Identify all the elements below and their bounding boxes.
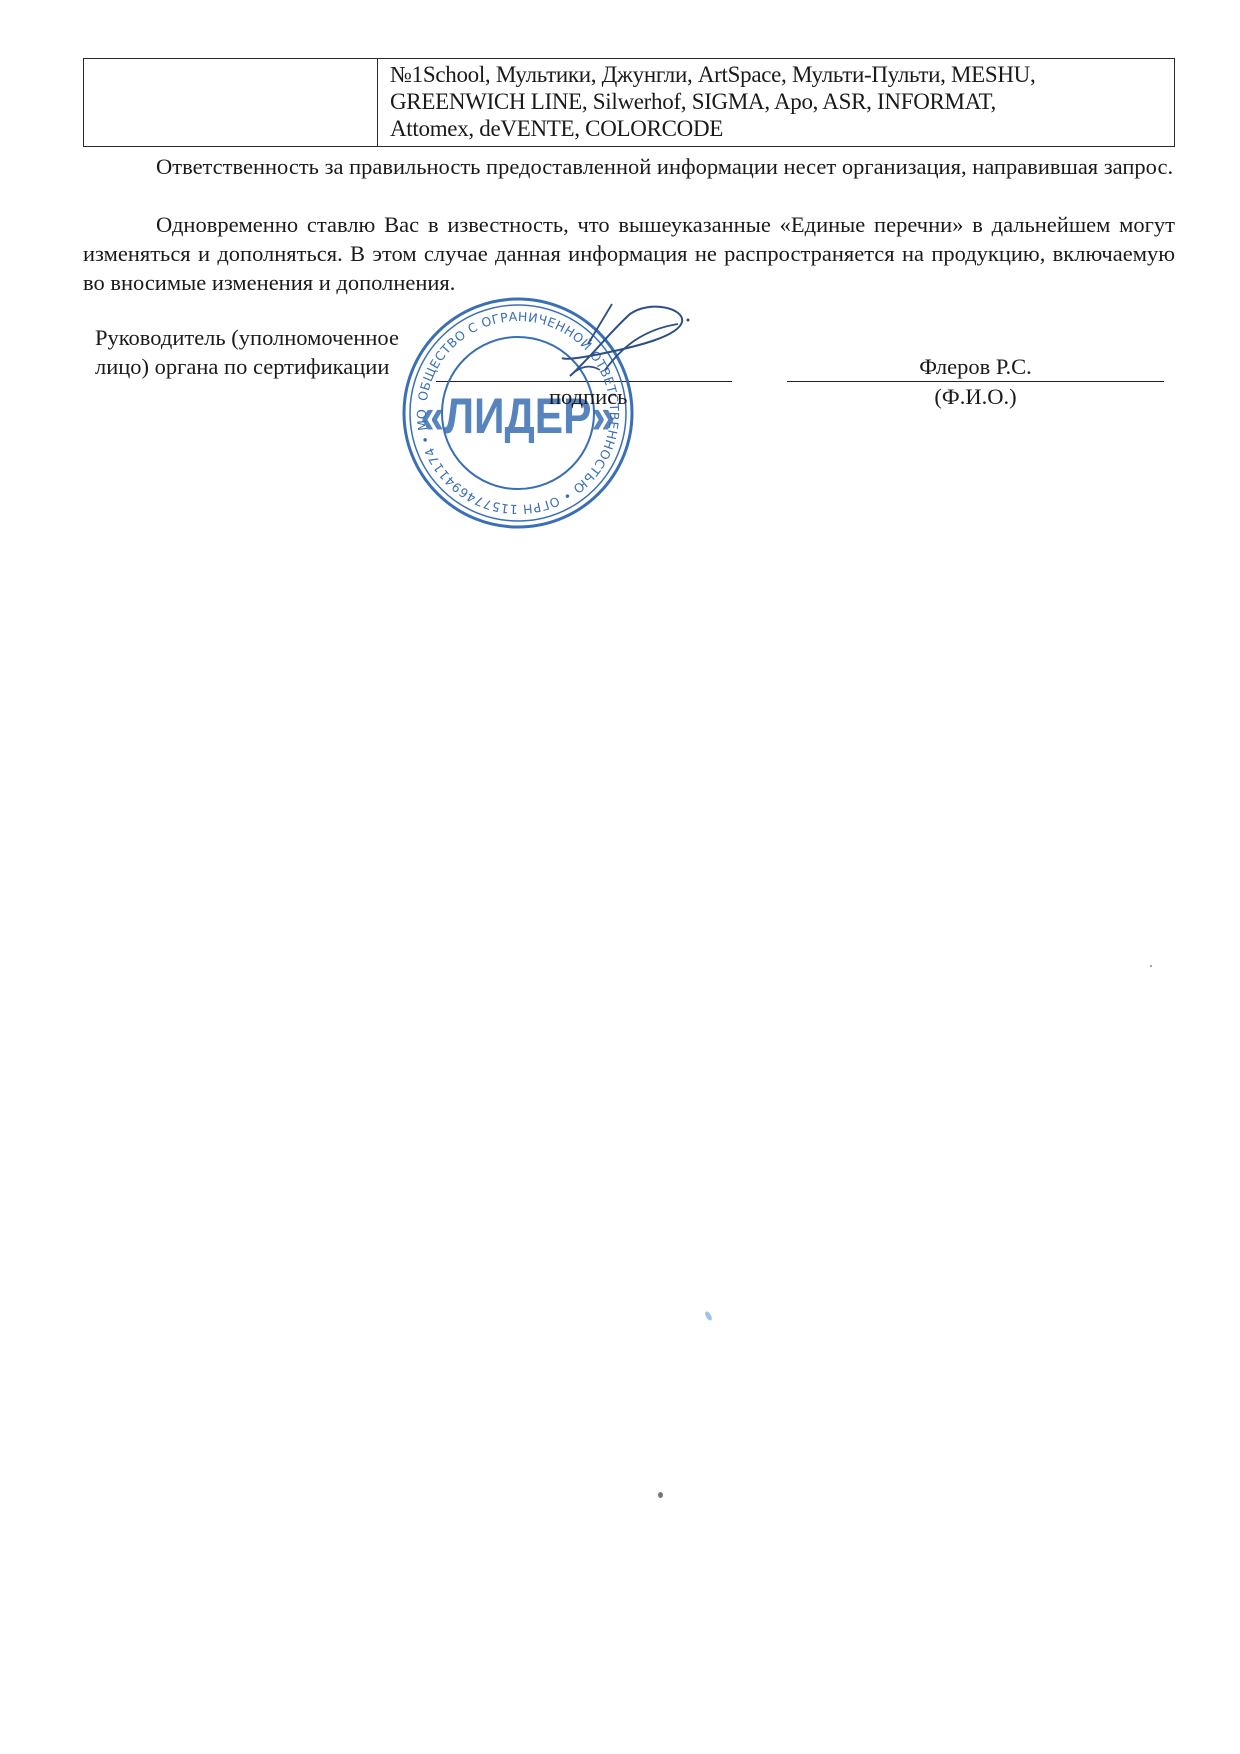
name-caption: (Ф.И.О.) <box>787 383 1164 410</box>
notice-paragraph: Одновременно ставлю Вас в известность, ч… <box>83 210 1175 297</box>
document-page: №1School, Мультики, Джунгли, ArtSpace, М… <box>0 0 1240 1754</box>
scan-artifact <box>658 1492 663 1498</box>
signatory-name: Флеров Р.С. <box>787 353 1164 380</box>
table-right-cell: №1School, Мультики, Джунгли, ArtSpace, М… <box>378 59 1174 146</box>
brands-line: GREENWICH LINE, Silwerhof, SIGMA, Apo, A… <box>390 88 1174 115</box>
handwritten-signature-icon <box>560 300 700 390</box>
role-line: Руководитель (уполномоченное <box>95 323 399 352</box>
brands-line: №1School, Мультики, Джунгли, ArtSpace, М… <box>390 61 1174 88</box>
scan-artifact <box>1150 965 1152 967</box>
name-line <box>787 381 1164 382</box>
table-left-cell <box>84 59 378 146</box>
brands-line: Attomex, deVENTE, COLORCODE <box>390 115 1174 142</box>
scan-artifact <box>704 1310 713 1321</box>
role-line: лицо) органа по сертификации <box>95 352 399 381</box>
responsibility-paragraph: Ответственность за правильность предоста… <box>83 152 1175 181</box>
signatory-role: Руководитель (уполномоченное лицо) орган… <box>95 323 399 381</box>
brands-table: №1School, Мультики, Джунгли, ArtSpace, М… <box>83 58 1175 147</box>
